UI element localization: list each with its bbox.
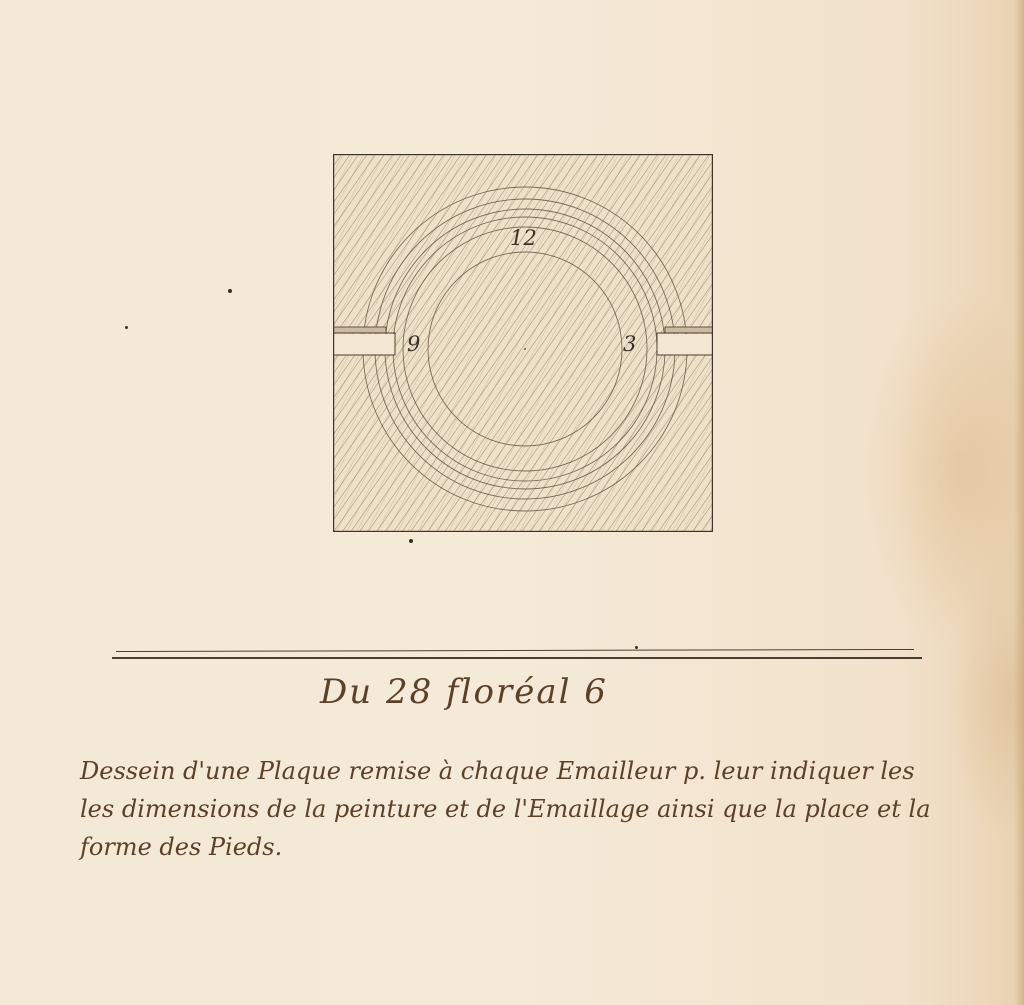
caption-line-1: Dessein d'une Plaque remise à chaque Ema…	[80, 752, 980, 790]
page-edge-shadow	[1014, 0, 1024, 1005]
ink-speck	[228, 289, 232, 293]
dial-numeral-9: 9	[407, 334, 420, 355]
manuscript-page: 12 9 3 Du 28 floréal 6 Dessein d'une Pla…	[0, 0, 1024, 1005]
ink-speck	[125, 326, 128, 329]
dial-numeral-12: 12	[510, 228, 537, 249]
divider-rule-bottom	[112, 657, 922, 659]
caption-line-2: les dimensions de la peinture et de l'Em…	[80, 790, 980, 828]
dial-numeral-3: 3	[623, 334, 636, 355]
caption-line-3: forme des Pieds.	[80, 828, 980, 866]
ink-speck	[635, 646, 638, 649]
ink-speck	[409, 539, 413, 543]
date-heading: Du 28 floréal 6	[320, 672, 720, 712]
caption-text: Dessein d'une Plaque remise à chaque Ema…	[80, 752, 980, 866]
divider-rule-top	[116, 649, 914, 652]
plate-drawing: 12 9 3	[333, 154, 713, 532]
